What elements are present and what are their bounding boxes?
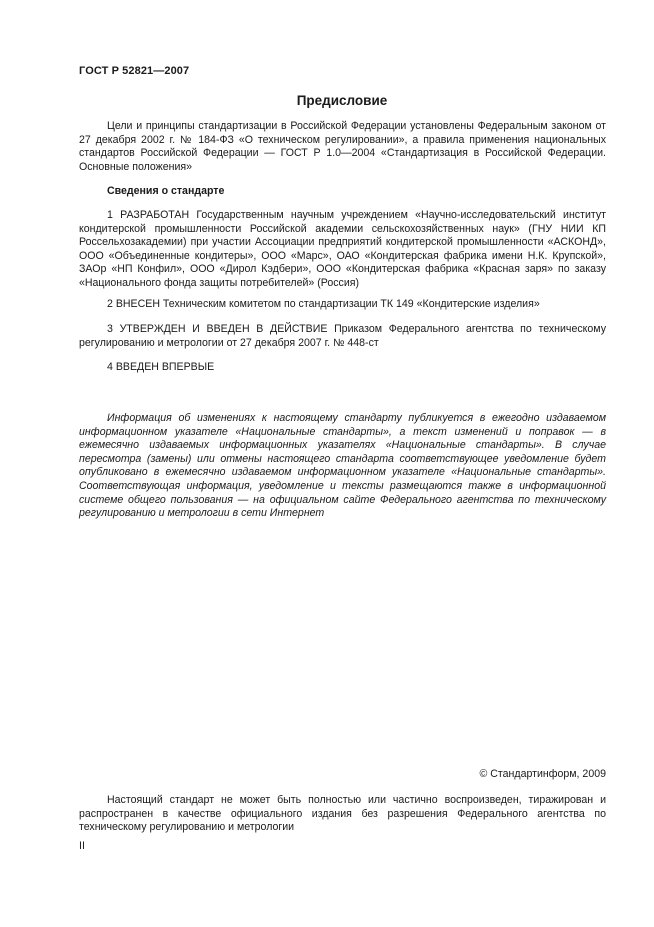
intro-paragraph: Цели и принципы стандартизации в Российс… bbox=[79, 120, 606, 174]
standard-info-heading: Сведения о стандарте bbox=[107, 185, 224, 197]
info-item-1: 1 РАЗРАБОТАН Государственным научным учр… bbox=[79, 209, 606, 291]
info-item-1-text: 1 РАЗРАБОТАН Государственным научным учр… bbox=[79, 209, 606, 289]
info-item-4: 4 ВВЕДЕН ВПЕРВЫЕ bbox=[79, 361, 606, 375]
page-title: Предисловие bbox=[0, 93, 654, 108]
reproduction-notice: Настоящий стандарт не может быть полност… bbox=[79, 794, 606, 835]
intro-text: Цели и принципы стандартизации в Российс… bbox=[79, 120, 606, 173]
document-page: ГОСТ Р 52821—2007 Предисловие Цели и при… bbox=[0, 0, 654, 927]
page-number: II bbox=[79, 840, 85, 852]
changes-notice-text: Информация об изменениях к настоящему ст… bbox=[79, 412, 606, 519]
info-item-3-text: 3 УТВЕРЖДЕН И ВВЕДЕН В ДЕЙСТВИЕ Приказом… bbox=[79, 323, 606, 349]
info-item-2-text: 2 ВНЕСЕН Техническим комитетом по станда… bbox=[107, 298, 540, 310]
copyright: © Стандартинформ, 2009 bbox=[480, 768, 606, 780]
info-item-3: 3 УТВЕРЖДЕН И ВВЕДЕН В ДЕЙСТВИЕ Приказом… bbox=[79, 323, 606, 350]
reproduction-notice-text: Настоящий стандарт не может быть полност… bbox=[79, 794, 606, 833]
info-item-4-text: 4 ВВЕДЕН ВПЕРВЫЕ bbox=[107, 361, 214, 373]
changes-notice: Информация об изменениях к настоящему ст… bbox=[79, 412, 606, 521]
document-code: ГОСТ Р 52821—2007 bbox=[79, 65, 189, 77]
info-item-2: 2 ВНЕСЕН Техническим комитетом по станда… bbox=[79, 298, 606, 312]
